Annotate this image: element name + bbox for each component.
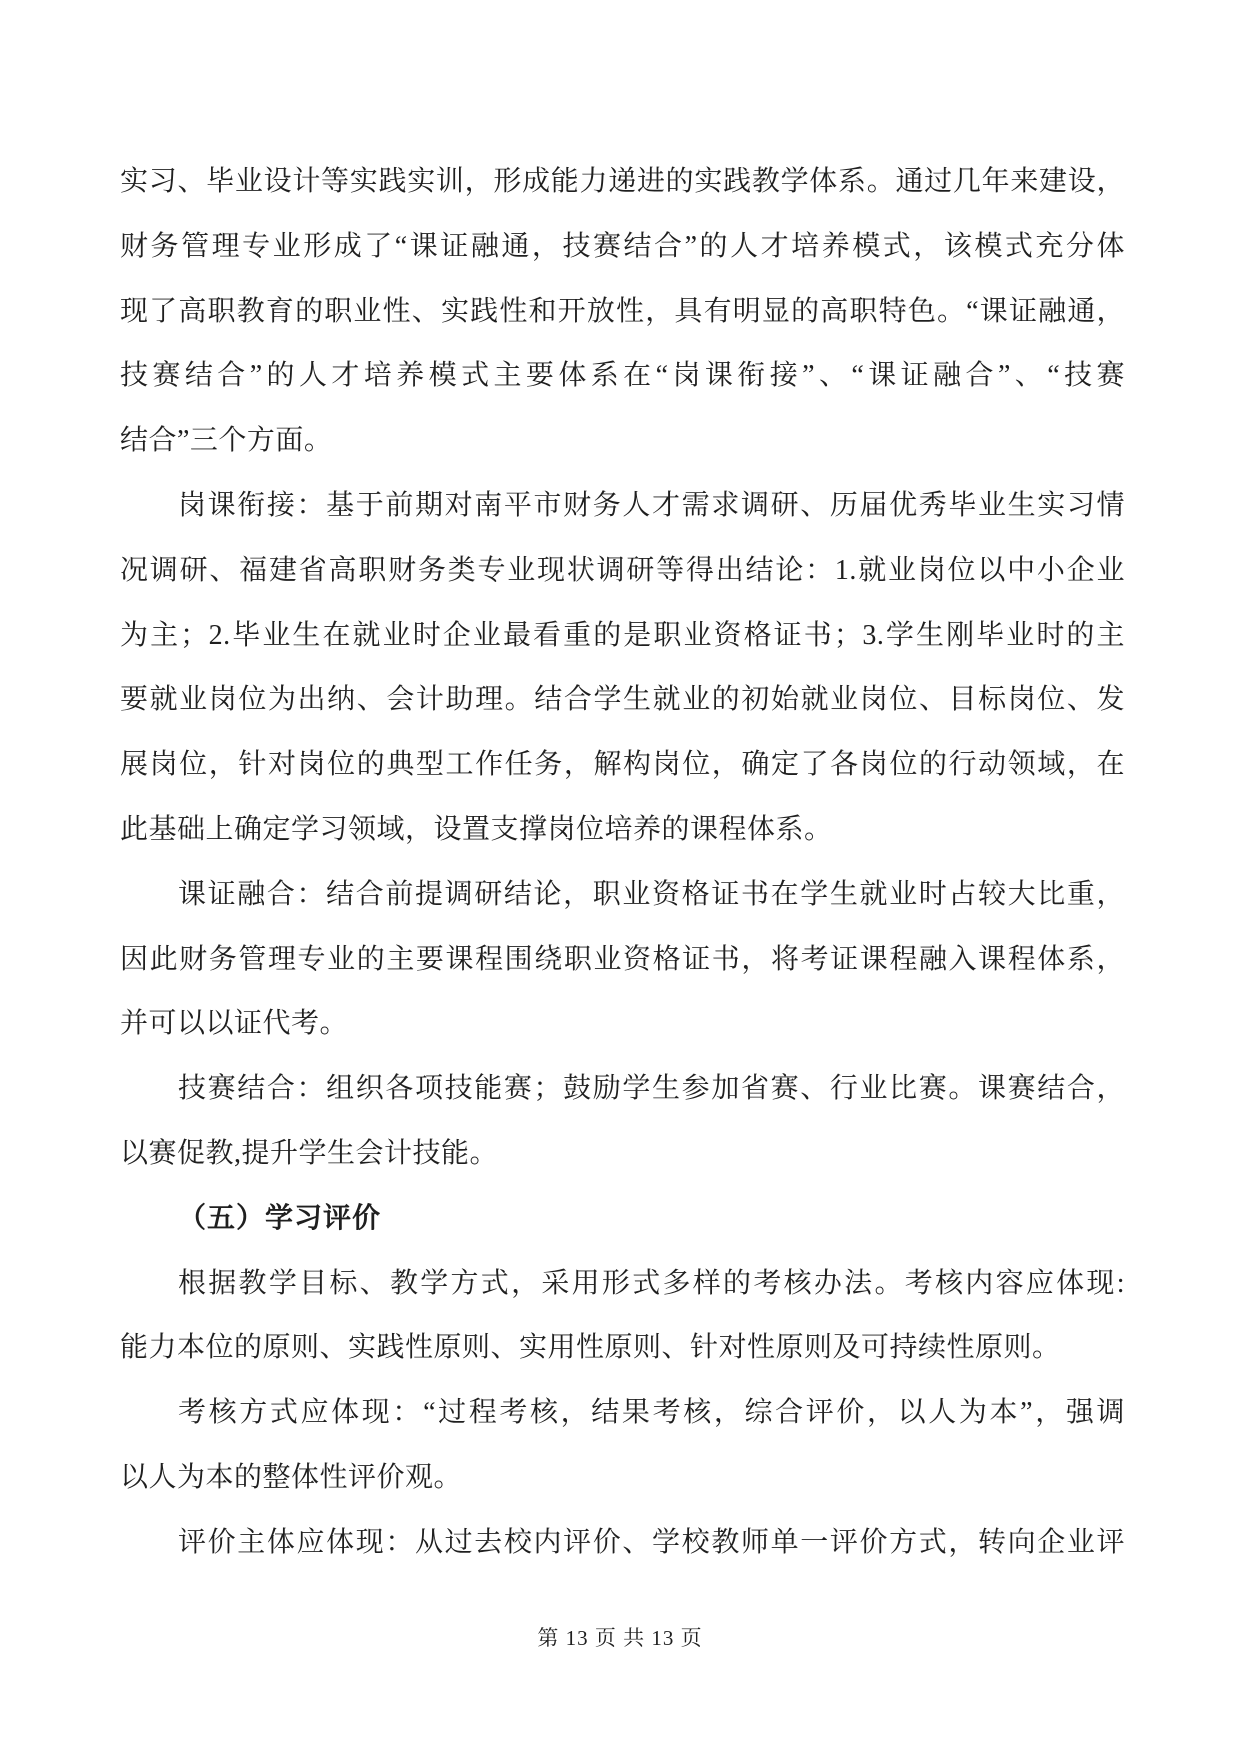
text-line: 因此财务管理专业的主要课程围绕职业资格证书，将考证课程融入课程体系， — [120, 928, 1125, 993]
text-line: 能力本位的原则、实践性原则、实用性原则、针对性原则及可持续性原则。 — [120, 1316, 1125, 1381]
text-line: 技赛结合”的人才培养模式主要体系在“岗课衔接”、“课证融合”、“技赛 — [120, 344, 1125, 409]
text-line: 课证融合：结合前提调研结论，职业资格证书在学生就业时占较大比重， — [120, 863, 1125, 928]
page-number-label: 第 13 页 共 13 页 — [537, 1626, 702, 1650]
text-line: 展岗位，针对岗位的典型工作任务，解构岗位，确定了各岗位的行动领域，在 — [120, 733, 1125, 798]
text-line: 以人为本的整体性评价观。 — [120, 1446, 1125, 1511]
page-footer: 第 13 页 共 13 页 — [0, 1622, 1240, 1652]
text-line: 技赛结合：组织各项技能赛；鼓励学生参加省赛、行业比赛。课赛结合， — [120, 1057, 1125, 1122]
text-line: 为主；2.毕业生在就业时企业最看重的是职业资格证书；3.学生刚毕业时的主 — [120, 604, 1125, 669]
document-body: 实习、毕业设计等实践实训，形成能力递进的实践教学体系。通过几年来建设，财务管理专… — [120, 150, 1125, 1576]
text-line: 要就业岗位为出纳、会计助理。结合学生就业的初始就业岗位、目标岗位、发 — [120, 668, 1125, 733]
text-line: 实习、毕业设计等实践实训，形成能力递进的实践教学体系。通过几年来建设， — [120, 150, 1125, 215]
text-line: 此基础上确定学习领域，设置支撑岗位培养的课程体系。 — [120, 798, 1125, 863]
text-line: 现了高职教育的职业性、实践性和开放性，具有明显的高职特色。“课证融通， — [120, 280, 1125, 345]
text-line: 并可以以证代考。 — [120, 992, 1125, 1057]
section-heading: （五）学习评价 — [120, 1187, 1125, 1252]
text-line: 考核方式应体现：“过程考核，结果考核，综合评价，以人为本”，强调 — [120, 1381, 1125, 1446]
text-line: 评价主体应体现：从过去校内评价、学校教师单一评价方式，转向企业评 — [120, 1511, 1125, 1576]
text-line: 岗课衔接：基于前期对南平市财务人才需求调研、历届优秀毕业生实习情 — [120, 474, 1125, 539]
text-line: 结合”三个方面。 — [120, 409, 1125, 474]
text-line: 况调研、福建省高职财务类专业现状调研等得出结论：1.就业岗位以中小企业 — [120, 539, 1125, 604]
text-line: 财务管理专业形成了“课证融通，技赛结合”的人才培养模式，该模式充分体 — [120, 215, 1125, 280]
text-line: 根据教学目标、教学方式，采用形式多样的考核办法。考核内容应体现: — [120, 1252, 1125, 1317]
document-page: 实习、毕业设计等实践实训，形成能力递进的实践教学体系。通过几年来建设，财务管理专… — [0, 0, 1240, 1754]
text-line: 以赛促教,提升学生会计技能。 — [120, 1122, 1125, 1187]
